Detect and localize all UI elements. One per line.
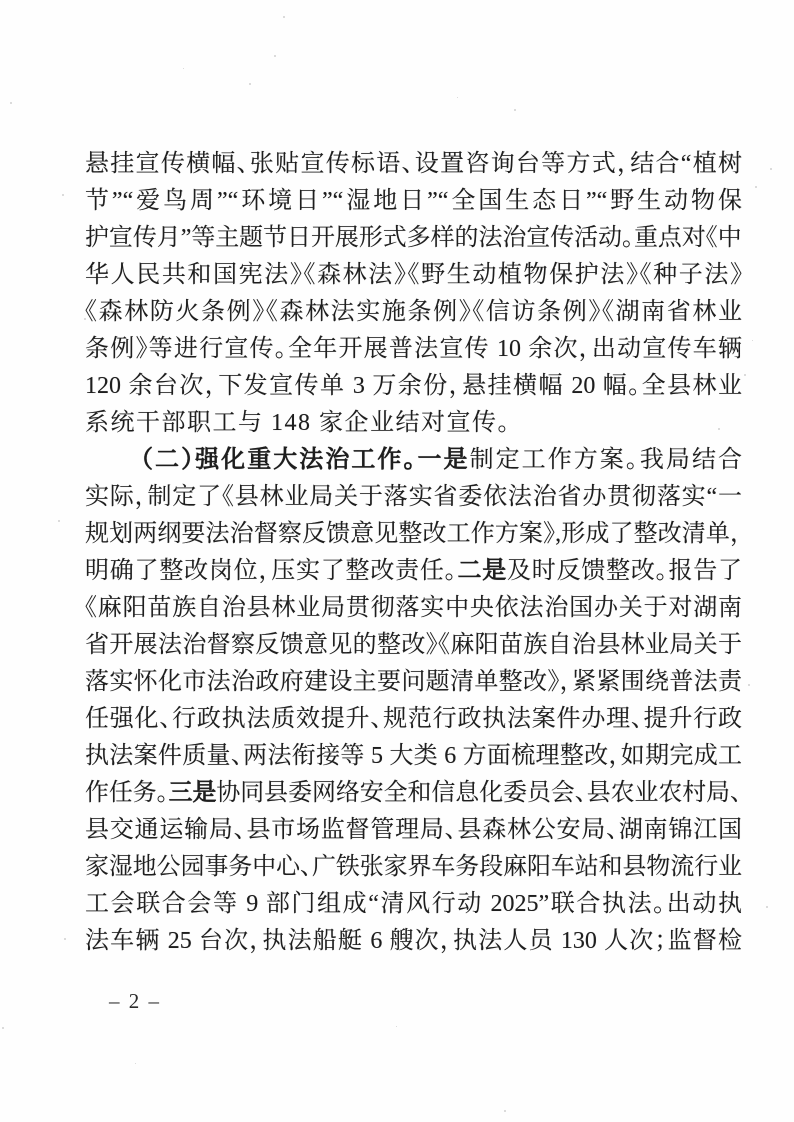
text-run: 任强化、行政执法质效提升、规范行政执法案件办理、提升行政 [85, 706, 742, 732]
text-line: 省开展法治督察反馈意见的整改》《麻阳苗族自治县林业局关于 [85, 627, 742, 664]
scan-speck [748, 684, 750, 686]
scan-speck [84, 318, 86, 320]
text-run: 条例》等进行宣传。全年开展普法宣传 10 余次，出动宣传车辆 [85, 336, 742, 362]
scan-speck [755, 186, 757, 188]
scan-speck [744, 374, 746, 376]
scan-speck [514, 109, 516, 111]
text-run: 省开展法治督察反馈意见的整改》《麻阳苗族自治县林业局关于 [85, 632, 742, 658]
scan-speck [718, 428, 720, 430]
text-run: 120 余台次，下发宣传单 3 万余份，悬挂横幅 20 幅。全县林业 [85, 373, 742, 399]
text-run: 协同县委网络安全和信息化委员会、县农业农村局、 [216, 780, 742, 806]
text-run: 系统干部职工与 148 家企业结对宣传。 [85, 410, 511, 436]
text-line: 条例》等进行宣传。全年开展普法宣传 10 余次，出动宣传车辆 [85, 331, 742, 368]
text-run: 悬挂宣传横幅、张贴宣传标语、设置咨询台等方式，结合“植树 [85, 151, 742, 177]
scan-speck [766, 906, 768, 908]
scan-speck [135, 1063, 136, 1064]
text-run: 工会联合会等 9 部门组成“清风行动 2025”联合执法。出动执 [85, 891, 742, 917]
bold-text-run: （二）强化重大法治工作。一是 [141, 447, 470, 473]
text-run: 县交通运输局、县市场监督管理局、县森林公安局、湖南锦江国 [85, 817, 742, 843]
scan-speck [770, 168, 772, 170]
scan-speck [62, 194, 64, 196]
text-line: 执法案件质量、两法衔接等 5 大类 6 方面梳理整改，如期完成工 [85, 738, 742, 775]
text-run: 落实怀化市法治政府建设主要问题清单整改》，紧紧围绕普法责 [85, 669, 742, 695]
scan-speck [283, 16, 285, 18]
scan-speck [183, 68, 184, 69]
scan-speck [752, 340, 753, 341]
text-run: 《麻阳苗族自治县林业局贯彻落实中央依法治国办关于对湖南 [85, 595, 742, 621]
scan-speck [64, 938, 66, 940]
text-run: 节”“爱鸟周”“环境日”“湿地日”“全国生态日”“野生动物保 [85, 188, 742, 214]
text-line: 任强化、行政执法质效提升、规范行政执法案件办理、提升行政 [85, 701, 742, 738]
text-line: 县交通运输局、县市场监督管理局、县森林公安局、湖南锦江国 [85, 812, 742, 849]
text-run: 制定工作方案。我局结合 [470, 447, 742, 473]
text-run: 护宣传月”等主题节日开展形式多样的法治宣传活动。重点对《中 [85, 225, 742, 251]
text-line: 《森林防火条例》《森林法实施条例》《信访条例》《湖南省林业 [85, 294, 742, 331]
scan-speck [504, 1110, 506, 1112]
text-line: 护宣传月”等主题节日开展形式多样的法治宣传活动。重点对《中 [85, 220, 740, 257]
text-line: 工会联合会等 9 部门组成“清风行动 2025”联合执法。出动执 [85, 886, 742, 923]
text-line: 悬挂宣传横幅、张贴宣传标语、设置咨询台等方式，结合“植树 [85, 146, 742, 183]
scan-speck [457, 97, 458, 98]
text-line: 节”“爱鸟周”“环境日”“湿地日”“全国生态日”“野生动物保 [85, 183, 742, 220]
text-run: 规划两纲要法治督察反馈意见整改工作方案》,形成了整改清单， [85, 521, 742, 547]
page-number: – 2 – [109, 989, 161, 1014]
scanned-document-screenshot: { "document": { "page_number": "– 2 –", … [0, 0, 794, 1122]
text-line: 作任务。三是协同县委网络安全和信息化委员会、县农业农村局、 [85, 775, 739, 812]
text-line: 120 余台次，下发宣传单 3 万余份，悬挂横幅 20 幅。全县林业 [85, 368, 742, 405]
text-line: 《麻阳苗族自治县林业局贯彻落实中央依法治国办关于对湖南 [85, 590, 742, 627]
text-line: 落实怀化市法治政府建设主要问题清单整改》，紧紧围绕普法责 [85, 664, 742, 701]
text-run: 执法案件质量、两法衔接等 5 大类 6 方面梳理整改，如期完成工 [85, 743, 742, 769]
scan-speck [10, 102, 12, 104]
text-run: 明确了整改岗位，压实了整改责任。 [85, 558, 457, 584]
text-line: （二）强化重大法治工作。一是制定工作方案。我局结合 [85, 442, 742, 479]
scan-speck [58, 520, 60, 522]
bold-text-run: 二是 [457, 558, 507, 584]
text-line: 家湿地公园事务中心、广铁张家界车务段麻阳车站和县物流行业 [85, 849, 739, 886]
text-run: 华人民共和国宪法》《森林法》《野生动植物保护法》《种子法》 [85, 262, 742, 288]
scan-speck [274, 55, 276, 57]
text-run: 法车辆 25 台次，执法船艇 6 艘次，执法人员 130 人次；监督检 [85, 928, 742, 954]
text-run: 实际，制定了《县林业局关于落实省委依法治省办贯彻落实“一 [85, 484, 742, 510]
text-run: 及时反馈整改。报告了 [507, 558, 742, 584]
text-line: 实际，制定了《县林业局关于落实省委依法治省办贯彻落实“一 [85, 479, 742, 516]
scan-speck [2, 1027, 4, 1029]
bold-text-run: 三是 [169, 780, 217, 806]
text-run: 作任务。 [85, 780, 169, 806]
text-line: 规划两纲要法治督察反馈意见整改工作方案》,形成了整改清单， [85, 516, 742, 553]
text-line: 明确了整改岗位，压实了整改责任。二是及时反馈整改。报告了 [85, 553, 742, 590]
text-line: 系统干部职工与 148 家企业结对宣传。 [85, 405, 742, 442]
text-run: 《森林防火条例》《森林法实施条例》《信访条例》《湖南省林业 [85, 299, 742, 325]
document-page: 悬挂宣传横幅、张贴宣传标语、设置咨询台等方式，结合“植树节”“爱鸟周”“环境日”… [0, 0, 794, 1122]
document-text-block: 悬挂宣传横幅、张贴宣传标语、设置咨询台等方式，结合“植树节”“爱鸟周”“环境日”… [85, 146, 742, 960]
scan-speck [249, 83, 251, 85]
scan-speck [396, 1026, 397, 1027]
text-line: 华人民共和国宪法》《森林法》《野生动植物保护法》《种子法》 [85, 257, 742, 294]
text-run: 家湿地公园事务中心、广铁张家界车务段麻阳车站和县物流行业 [85, 854, 742, 880]
text-line: 法车辆 25 台次，执法船艇 6 艘次，执法人员 130 人次；监督检 [85, 923, 742, 960]
